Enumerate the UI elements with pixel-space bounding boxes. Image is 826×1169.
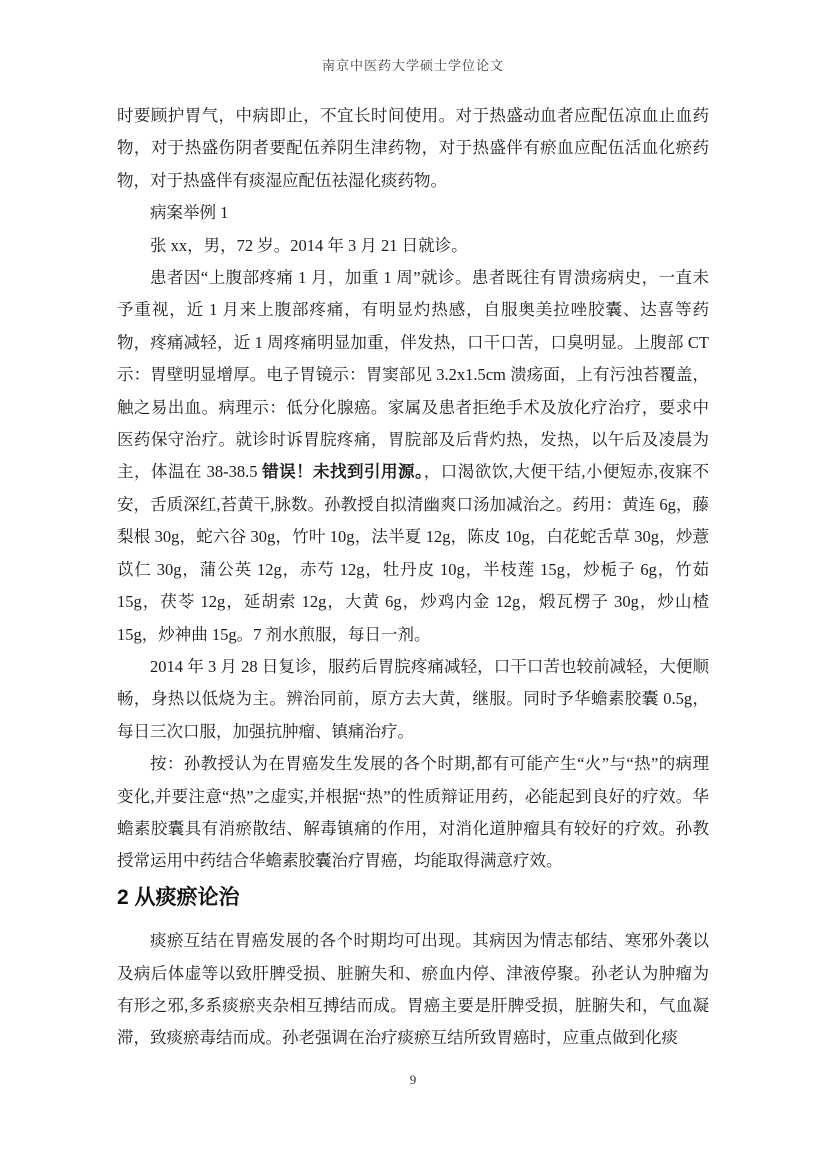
page-number: 9 bbox=[0, 1072, 826, 1088]
running-header: 南京中医药大学硕士学位论文 bbox=[0, 55, 826, 74]
thesis-page: 南京中医药大学硕士学位论文 时要顾护胃气，中病即止，不宜长时间使用。对于热盛动血… bbox=[0, 0, 826, 1169]
commentary-paragraph: 按：孙教授认为在胃癌发生发展的各个时期,都有可能产生“火”与“热”的病理变化,并… bbox=[117, 748, 709, 878]
case-patient-line: 张 xx，男，72 岁。2014 年 3 月 21 日就诊。 bbox=[117, 230, 709, 262]
case-history-text-after: ，口渴欲饮,大便干结,小便短赤,夜寐不安，舌质深红,苔黄干,脉数。孙教授自拟清幽… bbox=[117, 462, 709, 643]
section-heading: 2 从痰瘀论治 bbox=[117, 882, 709, 914]
case-example-label: 病案举例 1 bbox=[117, 197, 709, 229]
case-history-text-before: 患者因“上腹部疼痛 1 月，加重 1 周”就诊。患者既往有胃溃疡病史，一直未予重… bbox=[117, 268, 709, 481]
error-reference-marker: 错误！未找到引用源。 bbox=[262, 463, 424, 481]
case-history-paragraph: 患者因“上腹部疼痛 1 月，加重 1 周”就诊。患者既往有胃溃疡病史，一直未予重… bbox=[117, 262, 709, 651]
page-body: 时要顾护胃气，中病即止，不宜长时间使用。对于热盛动血者应配伍凉血止血药物，对于热… bbox=[117, 100, 709, 1055]
followup-visit-paragraph: 2014 年 3 月 28 日复诊，服药后胃脘疼痛减轻，口干口苦也较前减轻，大便… bbox=[117, 651, 709, 748]
paragraph-continuation: 时要顾护胃气，中病即止，不宜长时间使用。对于热盛动血者应配伍凉血止血药物，对于热… bbox=[117, 100, 709, 197]
section-body-paragraph: 痰瘀互结在胃癌发展的各个时期均可出现。其病因为情志郁结、寒邪外袭以及病后体虚等以… bbox=[117, 925, 709, 1055]
